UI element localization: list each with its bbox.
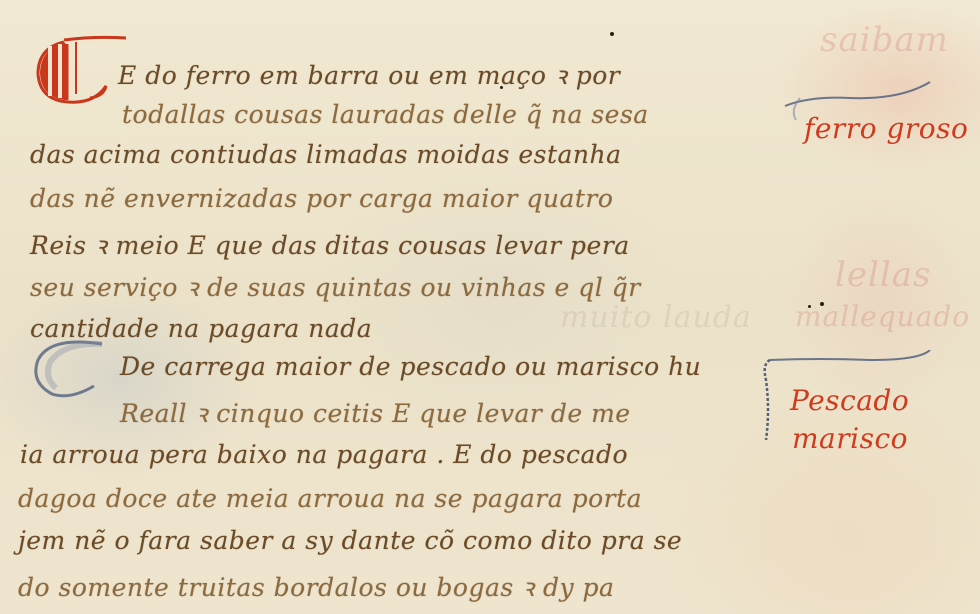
text-line-4: das nẽ envernizadas por carga maior quat… — [30, 184, 613, 213]
text-line-6: seu serviço ꝛ de suas quintas ou vinhas … — [30, 270, 641, 304]
margin-note-pescado: Pescado — [790, 384, 909, 417]
text-line-1: E do ferro em barra ou em maço ꝛ por — [118, 58, 620, 92]
decorated-initial-d-icon — [30, 338, 110, 400]
text-line-3: das acima contiudas limadas moidas estan… — [30, 140, 622, 169]
ink-speck — [808, 305, 811, 308]
text-line-5: Reis ꝛ meio E que das ditas cousas levar… — [30, 228, 630, 262]
bleed-through-text: lellas — [835, 255, 931, 295]
margin-note-ferro-groso: ferro groso — [804, 112, 968, 145]
text-line-9: Reall ꝛ cinquo ceitis E que levar de me — [120, 396, 631, 430]
text-line-13: do somente truitas bordalos ou bogas ꝛ d… — [18, 570, 614, 604]
ink-speck — [500, 86, 503, 89]
bleed-through-text: muito lauda — [560, 300, 752, 335]
text-line-12: jem nẽ o fara saber a sy dante cõ como d… — [18, 526, 682, 555]
ink-speck — [820, 302, 824, 306]
text-line-10: ia arroua pera baixo na pagara . E do pe… — [20, 440, 628, 469]
bleed-through-text: saibam — [820, 20, 949, 60]
margin-note-marisco: marisco — [792, 422, 908, 455]
text-line-2: todallas cousas lauradas delle q̃ na ses… — [122, 100, 649, 129]
ink-speck — [610, 32, 614, 36]
text-line-7: cantidade na pagara nada — [30, 314, 372, 343]
decorated-initial-e-icon — [34, 34, 126, 106]
text-line-8: De carrega maior de pescado ou marisco h… — [120, 352, 701, 381]
text-line-11: dagoa doce ate meia arroua na se pagara … — [18, 484, 642, 513]
